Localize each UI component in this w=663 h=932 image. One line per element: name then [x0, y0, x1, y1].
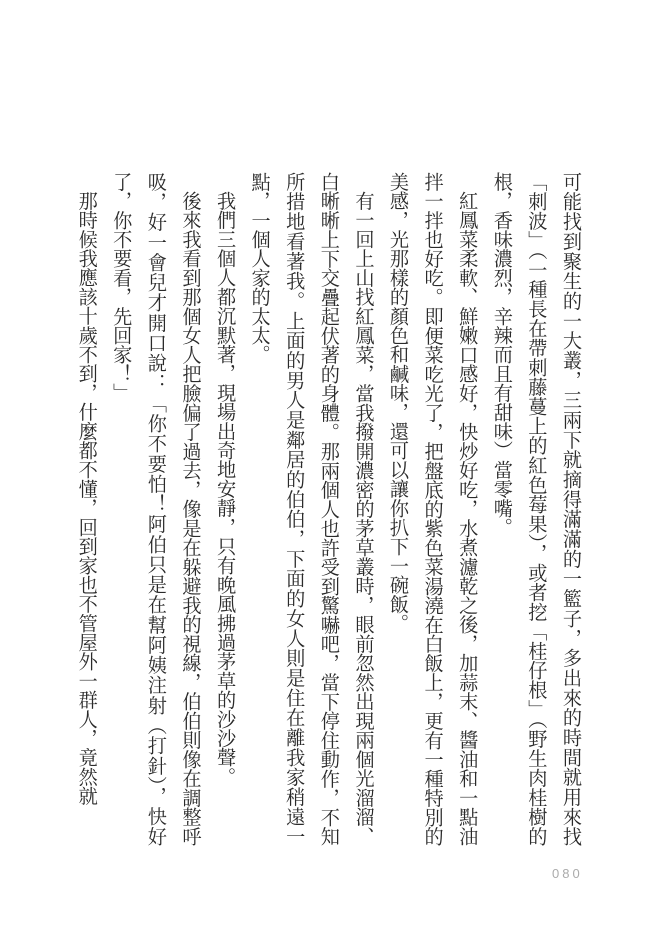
paragraph: 有一回上山找紅鳳菜，當我撥開濃密的茅草叢時，眼前忽然出現兩個光溜溜、白晰晰上下交…: [241, 172, 379, 846]
paragraph: 可能找到聚生的一大叢，三兩下就摘得滿滿的一籃子，多出來的時間就用來找「刺波」（一…: [483, 172, 587, 846]
book-page: 可能找到聚生的一大叢，三兩下就摘得滿滿的一籃子，多出來的時間就用來找「刺波」（一…: [0, 0, 663, 932]
body-text: 可能找到聚生的一大叢，三兩下就摘得滿滿的一籃子，多出來的時間就用來找「刺波」（一…: [63, 172, 587, 846]
page-number: 080: [552, 866, 583, 881]
paragraph: 我們三個人都沉默著，現場出奇地安靜，只有晚風拂過茅草的沙沙聲。: [206, 172, 241, 846]
paragraph: 紅鳳菜柔軟、鮮嫩口感好，快炒好吃，水煮濾乾之後，加蒜末、醬油和一點油拌一拌也好吃…: [379, 172, 483, 846]
paragraph: 後來我看到那個女人把臉偏了過去，像是在躲避我的視線，伯伯則像在調整呼吸，好一會兒…: [103, 172, 207, 846]
paragraph: 那時候我應該十歲不到，什麼都不懂，回到家也不管屋外一群人，竟然就: [68, 172, 103, 846]
